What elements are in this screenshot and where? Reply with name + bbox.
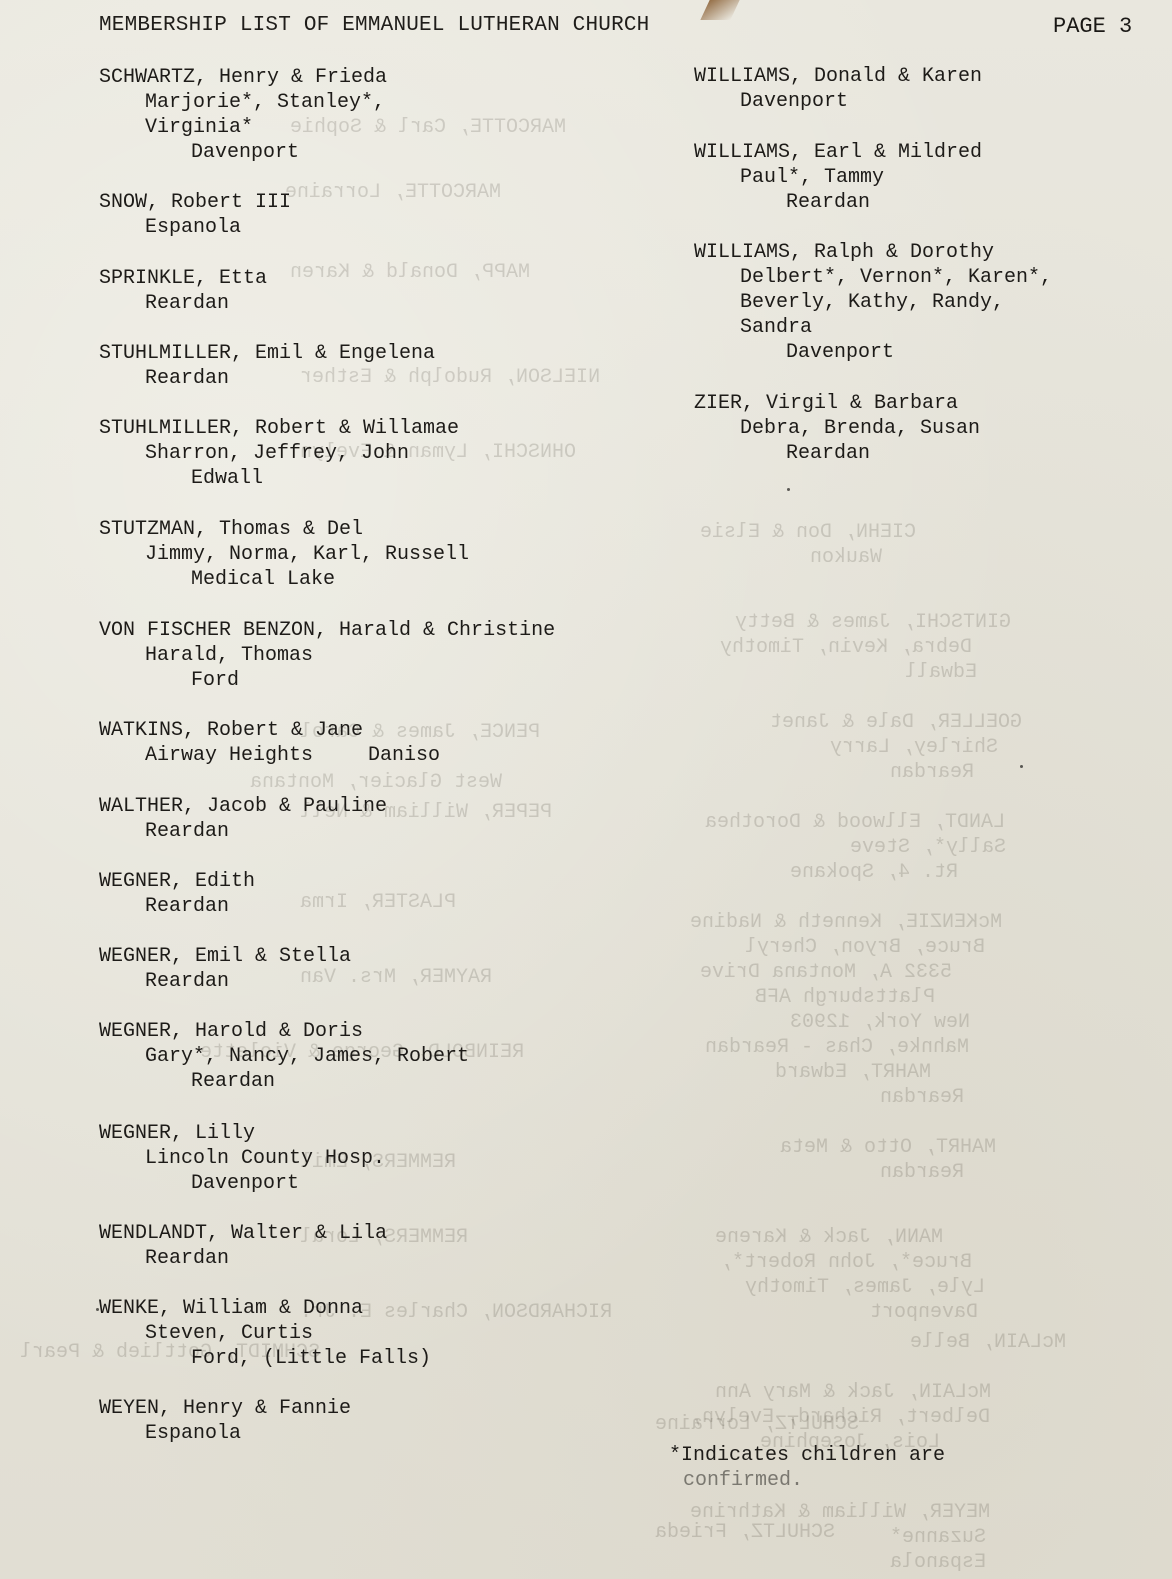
- bleed-through-text: SCHULTZ, Frieda: [655, 1520, 835, 1545]
- bleed-through-text: MEYER, William & Kathrine: [690, 1500, 990, 1525]
- children-list: Beverly, Kathy, Randy,: [694, 290, 1052, 315]
- bleed-through-text: Lyle, James, Timothy: [745, 1275, 985, 1300]
- bleed-through-text: MAHRT, Edward: [775, 1060, 931, 1085]
- family-name: WILLIAMS, Ralph & Dorothy: [694, 240, 1052, 265]
- bleed-through-text: McKENZIE, Kenneth & Nadine: [690, 910, 1002, 935]
- location: Edwall: [99, 466, 459, 491]
- bleed-through-text: Espanola: [890, 1550, 986, 1575]
- footnote-line-2: confirmed.: [669, 1468, 945, 1493]
- family-name: WEYEN, Henry & Fannie: [99, 1396, 351, 1421]
- bleed-through-text: Davenport: [870, 1300, 978, 1325]
- bleed-through-text: Reardan: [880, 1085, 964, 1110]
- bleed-through-text: Shirley, Larry: [830, 735, 998, 760]
- children-list: Sandra: [694, 315, 1052, 340]
- bleed-through-text: 5332 A, Montana Drive: [700, 960, 952, 985]
- ink-dot: [787, 488, 790, 491]
- location: Reardan: [99, 366, 435, 391]
- footnote-line-1: *Indicates children are: [669, 1443, 945, 1468]
- location: Davenport: [99, 1171, 385, 1196]
- family-name: STUHLMILLER, Robert & Willamae: [99, 416, 459, 441]
- family-name: WALTHER, Jacob & Pauline: [99, 794, 387, 819]
- location: Espanola: [99, 215, 291, 240]
- bleed-through-text: Waukon: [810, 545, 882, 570]
- document-title: MEMBERSHIP LIST OF EMMANUEL LUTHERAN CHU…: [99, 14, 650, 37]
- family-name: WILLIAMS, Donald & Karen: [694, 64, 982, 89]
- bleed-through-text: Debra, Kevin, Timothy: [720, 635, 972, 660]
- family-name: ZIER, Virgil & Barbara: [694, 391, 980, 416]
- location-line: Airway HeightsDaniso: [99, 743, 440, 768]
- family-name: WEGNER, Edith: [99, 869, 255, 894]
- member-entry: WEGNER, Lilly Lincoln County Hosp. Daven…: [99, 1121, 385, 1196]
- location: Reardan: [99, 1069, 469, 1094]
- member-entry: SNOW, Robert III Espanola: [99, 190, 291, 240]
- location: Reardan: [99, 969, 351, 994]
- location: Ford: [99, 668, 555, 693]
- bleed-through-text: SCHULTZ, Lorraine: [655, 1412, 859, 1437]
- children-list: Harald, Thomas: [99, 643, 555, 668]
- family-name: WEGNER, Lilly: [99, 1121, 385, 1146]
- location: Reardan: [99, 291, 267, 316]
- paper-stain: [700, 0, 739, 20]
- bleed-through-text: MANN, Jack & Karene: [715, 1225, 943, 1250]
- children-list: Debra, Brenda, Susan: [694, 416, 980, 441]
- location: Reardan: [99, 894, 255, 919]
- bleed-through-text: LANDT, Ellwood & Dorothea: [705, 810, 1005, 835]
- family-name: WILLIAMS, Earl & Mildred: [694, 140, 982, 165]
- page-number: PAGE 3: [1053, 14, 1132, 39]
- family-name: SNOW, Robert III: [99, 190, 291, 215]
- member-entry: VON FISCHER BENZON, Harald & Christine H…: [99, 618, 555, 693]
- family-name: SPRINKLE, Etta: [99, 266, 267, 291]
- children-list: Sharron, Jeffrey, John: [99, 441, 459, 466]
- bleed-through-text: GINTSCHI, James & Betty: [735, 610, 1011, 635]
- children-list: Jimmy, Norma, Karl, Russell: [99, 542, 469, 567]
- bleed-through-text: Reardan: [890, 760, 974, 785]
- member-entry: SPRINKLE, Etta Reardan: [99, 266, 267, 316]
- footnote: *Indicates children are confirmed.: [669, 1443, 945, 1493]
- location: Airway Heights: [145, 744, 313, 767]
- family-name: STUTZMAN, Thomas & Del: [99, 517, 469, 542]
- document-page: CIEHN, Don & Elsie Waukon GINTSCHI, Jame…: [0, 0, 1172, 1579]
- location: Reardan: [99, 819, 387, 844]
- bleed-through-text: West Glacier, Montana: [250, 770, 502, 795]
- bleed-through-text: Bruce, Bryon, Cheryl: [745, 935, 985, 960]
- member-entry: STUTZMAN, Thomas & Del Jimmy, Norma, Kar…: [99, 517, 469, 592]
- facility: Lincoln County Hosp.: [99, 1146, 385, 1171]
- location: Ford, (Little Falls): [99, 1346, 431, 1371]
- bleed-through-text: McLAIN, Jack & Mary Ann: [715, 1380, 991, 1405]
- children-list: Gary*, Nancy, James, Robert: [99, 1044, 469, 1069]
- ink-dot: [96, 1308, 99, 1311]
- children-list: Paul*, Tammy: [694, 165, 982, 190]
- location: Reardan: [99, 1246, 387, 1271]
- family-name: WENDLANDT, Walter & Lila: [99, 1221, 387, 1246]
- location: Davenport: [694, 340, 1052, 365]
- bleed-through-text: New York, 12903: [790, 1010, 970, 1035]
- bleed-through-text: GOELLER, Dale & Janet: [770, 710, 1022, 735]
- member-entry: WENKE, William & Donna Steven, Curtis Fo…: [99, 1296, 431, 1371]
- family-name: SCHWARTZ, Henry & Frieda: [99, 65, 387, 90]
- bleed-through-text: MAHRT, Otto & Meta: [780, 1135, 996, 1160]
- member-entry: STUHLMILLER, Robert & Willamae Sharron, …: [99, 416, 459, 491]
- bleed-through-text: Suzanne*: [890, 1525, 986, 1550]
- member-entry: WATKINS, Robert & Jane Airway HeightsDan…: [99, 718, 440, 768]
- children-list: Steven, Curtis: [99, 1321, 431, 1346]
- bleed-through-text: PLASTER, Irma: [300, 890, 456, 915]
- member-entry: WENDLANDT, Walter & Lila Reardan: [99, 1221, 387, 1271]
- member-entry: WILLIAMS, Earl & Mildred Paul*, Tammy Re…: [694, 140, 982, 215]
- children-list: Delbert*, Vernon*, Karen*,: [694, 265, 1052, 290]
- family-name: WEGNER, Harold & Doris: [99, 1019, 469, 1044]
- member-entry: WEYEN, Henry & Fannie Espanola: [99, 1396, 351, 1446]
- member-entry: WILLIAMS, Donald & Karen Davenport: [694, 64, 982, 114]
- bleed-through-text: Reardan: [880, 1160, 964, 1185]
- bleed-through-text: Edwall: [905, 660, 977, 685]
- bleed-through-text: McLAIN, Belle: [910, 1330, 1066, 1355]
- family-name: WATKINS, Robert & Jane: [99, 718, 440, 743]
- member-entry: WEGNER, Harold & Doris Gary*, Nancy, Jam…: [99, 1019, 469, 1094]
- member-entry: ZIER, Virgil & Barbara Debra, Brenda, Su…: [694, 391, 980, 466]
- ink-dot: [1020, 765, 1023, 768]
- member-entry: WEGNER, Emil & Stella Reardan: [99, 944, 351, 994]
- bleed-through-text: Bruce*, John Robert*,: [720, 1250, 972, 1275]
- bleed-through-text: Delbert, Richard, Evelyn,: [690, 1405, 990, 1430]
- location: Davenport: [694, 89, 982, 114]
- location: Medical Lake: [99, 567, 469, 592]
- bleed-through-text: Mahnke, Chas - Reardan: [705, 1035, 969, 1060]
- bleed-through-text: MARCOTTE, Lorraine: [285, 180, 501, 205]
- family-name: STUHLMILLER, Emil & Engelena: [99, 341, 435, 366]
- location: Davenport: [99, 140, 387, 165]
- bleed-through-text: CIEHN, Don & Elsie: [700, 520, 916, 545]
- handwritten-note: Daniso: [368, 744, 440, 767]
- member-entry: WEGNER, Edith Reardan: [99, 869, 255, 919]
- family-name: VON FISCHER BENZON, Harald & Christine: [99, 618, 555, 643]
- location: Espanola: [99, 1421, 351, 1446]
- bleed-through-text: Plattsburgh AFB: [755, 985, 935, 1010]
- children-list: Marjorie*, Stanley*,: [99, 90, 387, 115]
- member-entry: SCHWARTZ, Henry & Frieda Marjorie*, Stan…: [99, 65, 387, 165]
- member-entry: WALTHER, Jacob & Pauline Reardan: [99, 794, 387, 844]
- location: Reardan: [694, 190, 982, 215]
- bleed-through-text: Rt. 4, Spokane: [790, 860, 958, 885]
- member-entry: STUHLMILLER, Emil & Engelena Reardan: [99, 341, 435, 391]
- bleed-through-text: Sally*, Steve: [850, 835, 1006, 860]
- member-entry: WILLIAMS, Ralph & Dorothy Delbert*, Vern…: [694, 240, 1052, 365]
- family-name: WENKE, William & Donna: [99, 1296, 431, 1321]
- children-list: Virginia*: [99, 115, 387, 140]
- family-name: WEGNER, Emil & Stella: [99, 944, 351, 969]
- bleed-through-text: MAPP, Donald & Karen: [290, 260, 530, 285]
- location: Reardan: [694, 441, 980, 466]
